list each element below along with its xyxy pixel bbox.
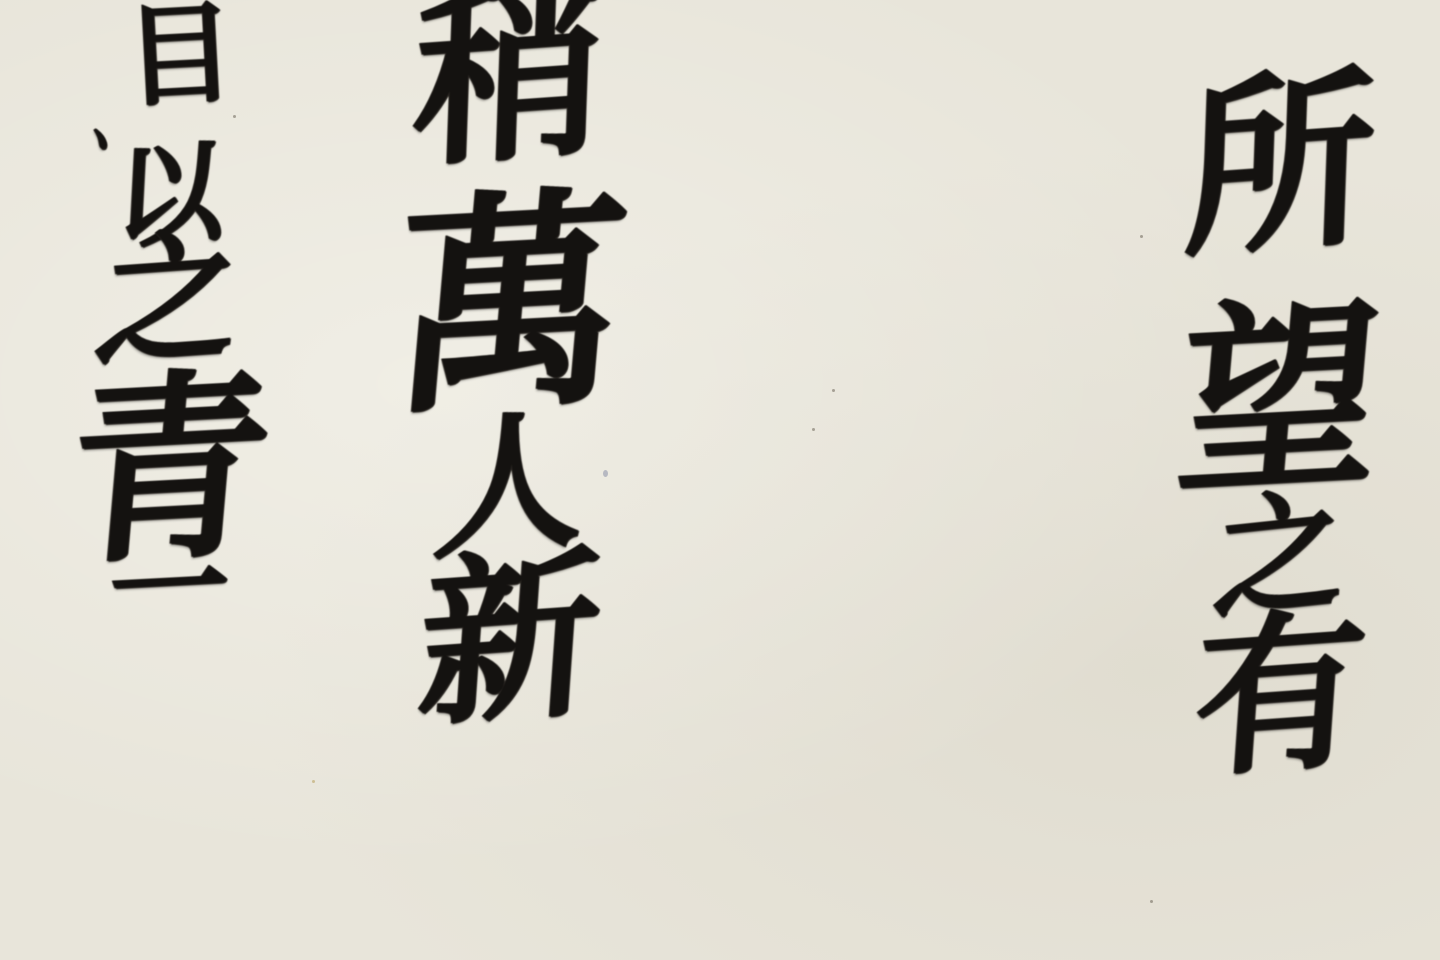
paper-speck [832,389,835,392]
paper-speck [1150,900,1153,903]
character: 新 [414,543,606,737]
calligraphy-column-right: 所 望 之 有 [1130,70,1430,780]
character: 有 [1189,603,1371,786]
character: 望 [1171,294,1388,506]
calligraphy-column-middle: 稍 萬 人 新 [360,0,660,730]
character: 一 [107,527,233,653]
character: 所 [1182,63,1378,267]
paper-speck [812,428,815,431]
character: 萬 [385,183,635,426]
character: 稍 [412,0,608,177]
character: 目 [122,0,238,113]
calligraphy-column-left: 目 、 以 之 青 一 [20,0,320,650]
paper-speck [312,780,315,783]
